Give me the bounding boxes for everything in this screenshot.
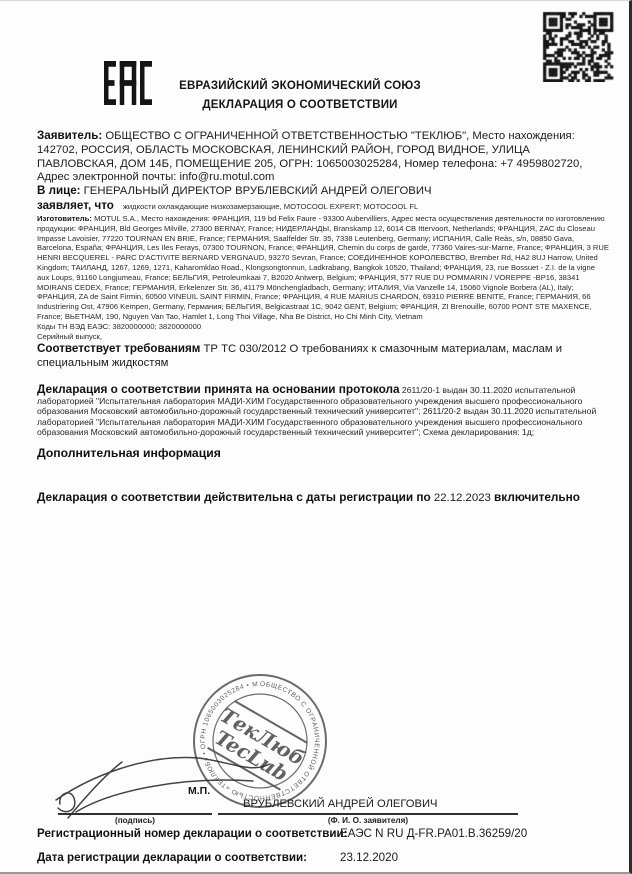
registration-number-label: Регистрационный номер декларации о соотв… (37, 827, 348, 840)
validity-suffix: включительно (494, 490, 580, 504)
customs-codes: Коды ТН ВЭД ЕАЭС: 3820000000; 3820000000 (37, 322, 609, 332)
person-paragraph: В лице: ГЕНЕРАЛЬНЫЙ ДИРЕКТОР ВРУБЛЕВСКИЙ… (37, 184, 605, 199)
validity-label: Декларация о соответствии действительна … (37, 490, 431, 504)
validity-date: 22.12.2023 (431, 492, 494, 504)
conformity-section: Соответствует требованиям ТР ТС 030/2012… (37, 342, 599, 371)
manufacturer-text: MOTUL S.A., Место нахождения: ФРАНЦИЯ, 1… (37, 214, 609, 321)
declares-label: заявляет, что (37, 199, 114, 212)
person-label: В лице: (37, 184, 81, 197)
document-header: ЕВРАЗИЙСКИЙ ЭКОНОМИЧЕСКИЙ СОЮЗ ДЕКЛАРАЦИ… (140, 80, 460, 111)
issue-type: Серийный выпуск, (37, 332, 609, 342)
registration-date-value: 23.12.2020 (340, 851, 398, 864)
stamp-place-label: М.П. (188, 785, 210, 797)
qr-code (541, 10, 615, 82)
manufacturer-block: Изготовитель: MOTUL S.A., Место нахожден… (37, 214, 609, 341)
union-title: ЕВРАЗИЙСКИЙ ЭКОНОМИЧЕСКИЙ СОЮЗ (140, 80, 460, 92)
validity-section: Декларация о соответствии действительна … (37, 490, 585, 505)
basis-section: Декларация о соответствии принята на осн… (37, 384, 609, 438)
registration-date-label: Дата регистрации декларации о соответств… (37, 851, 307, 864)
name-line (218, 813, 518, 815)
product-description: жидкости охлаждающие низкозамерзающие, M… (123, 202, 418, 211)
applicant-text: ОБЩЕСТВО С ОГРАНИЧЕННОЙ ОТВЕТСТВЕННОСТЬЮ… (37, 130, 582, 183)
registration-number-value: ЕАЭС N RU Д-FR.РА01.В.36259/20 (340, 827, 527, 840)
applicant-label: Заявитель: (37, 129, 102, 142)
declares-paragraph: заявляет, чтожидкости охлаждающие низкоз… (37, 199, 605, 214)
name-caption: (Ф. И. О. заявителя) (218, 816, 518, 825)
signature-caption: (подпись) (58, 816, 212, 825)
basis-label: Декларация о соответствии принята на осн… (37, 382, 400, 396)
person-text: ГЕНЕРАЛЬНЫЙ ДИРЕКТОР ВРУБЛЕВСКИЙ АНДРЕЙ … (81, 185, 432, 197)
applicant-name: ВРУБЛЕВСКИЙ АНДРЕЙ ОЛЕГОВИЧ (243, 798, 437, 810)
applicant-paragraph: Заявитель: ОБЩЕСТВО С ОГРАНИЧЕННОЙ ОТВЕТ… (37, 129, 605, 185)
additional-info-section: Дополнительная информация (37, 447, 605, 462)
additional-info-label: Дополнительная информация (37, 446, 221, 460)
manufacturer-label: Изготовитель: (37, 214, 92, 223)
manufacturer-paragraph: Изготовитель: MOTUL S.A., Место нахожден… (37, 214, 609, 322)
declaration-document: ЕВРАЗИЙСКИЙ ЭКОНОМИЧЕСКИЙ СОЮЗ ДЕКЛАРАЦИ… (0, 0, 632, 874)
conformity-label: Соответствует требованиям (37, 342, 200, 355)
declaration-title: ДЕКЛАРАЦИЯ О СООТВЕТСТВИИ (140, 99, 460, 111)
signature-line (58, 813, 212, 815)
